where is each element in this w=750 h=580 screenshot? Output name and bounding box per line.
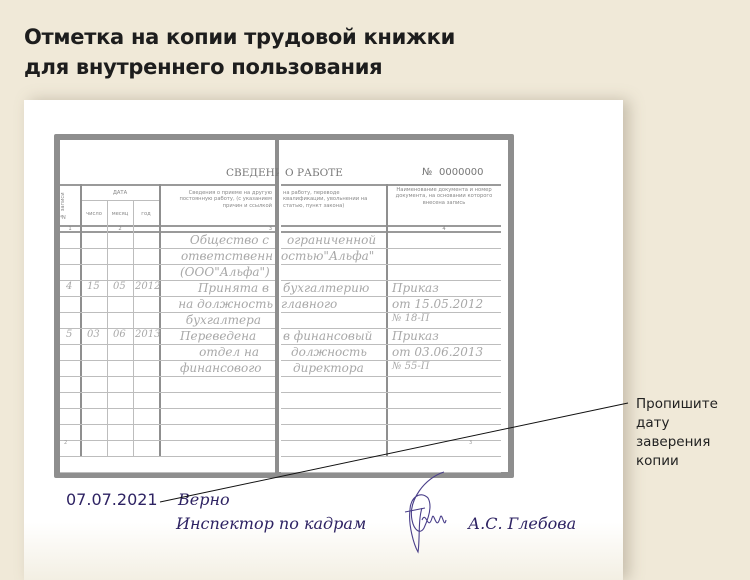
signature-icon — [405, 472, 446, 552]
overlay-graphics — [0, 0, 750, 580]
callout-pointer-line — [160, 403, 628, 502]
